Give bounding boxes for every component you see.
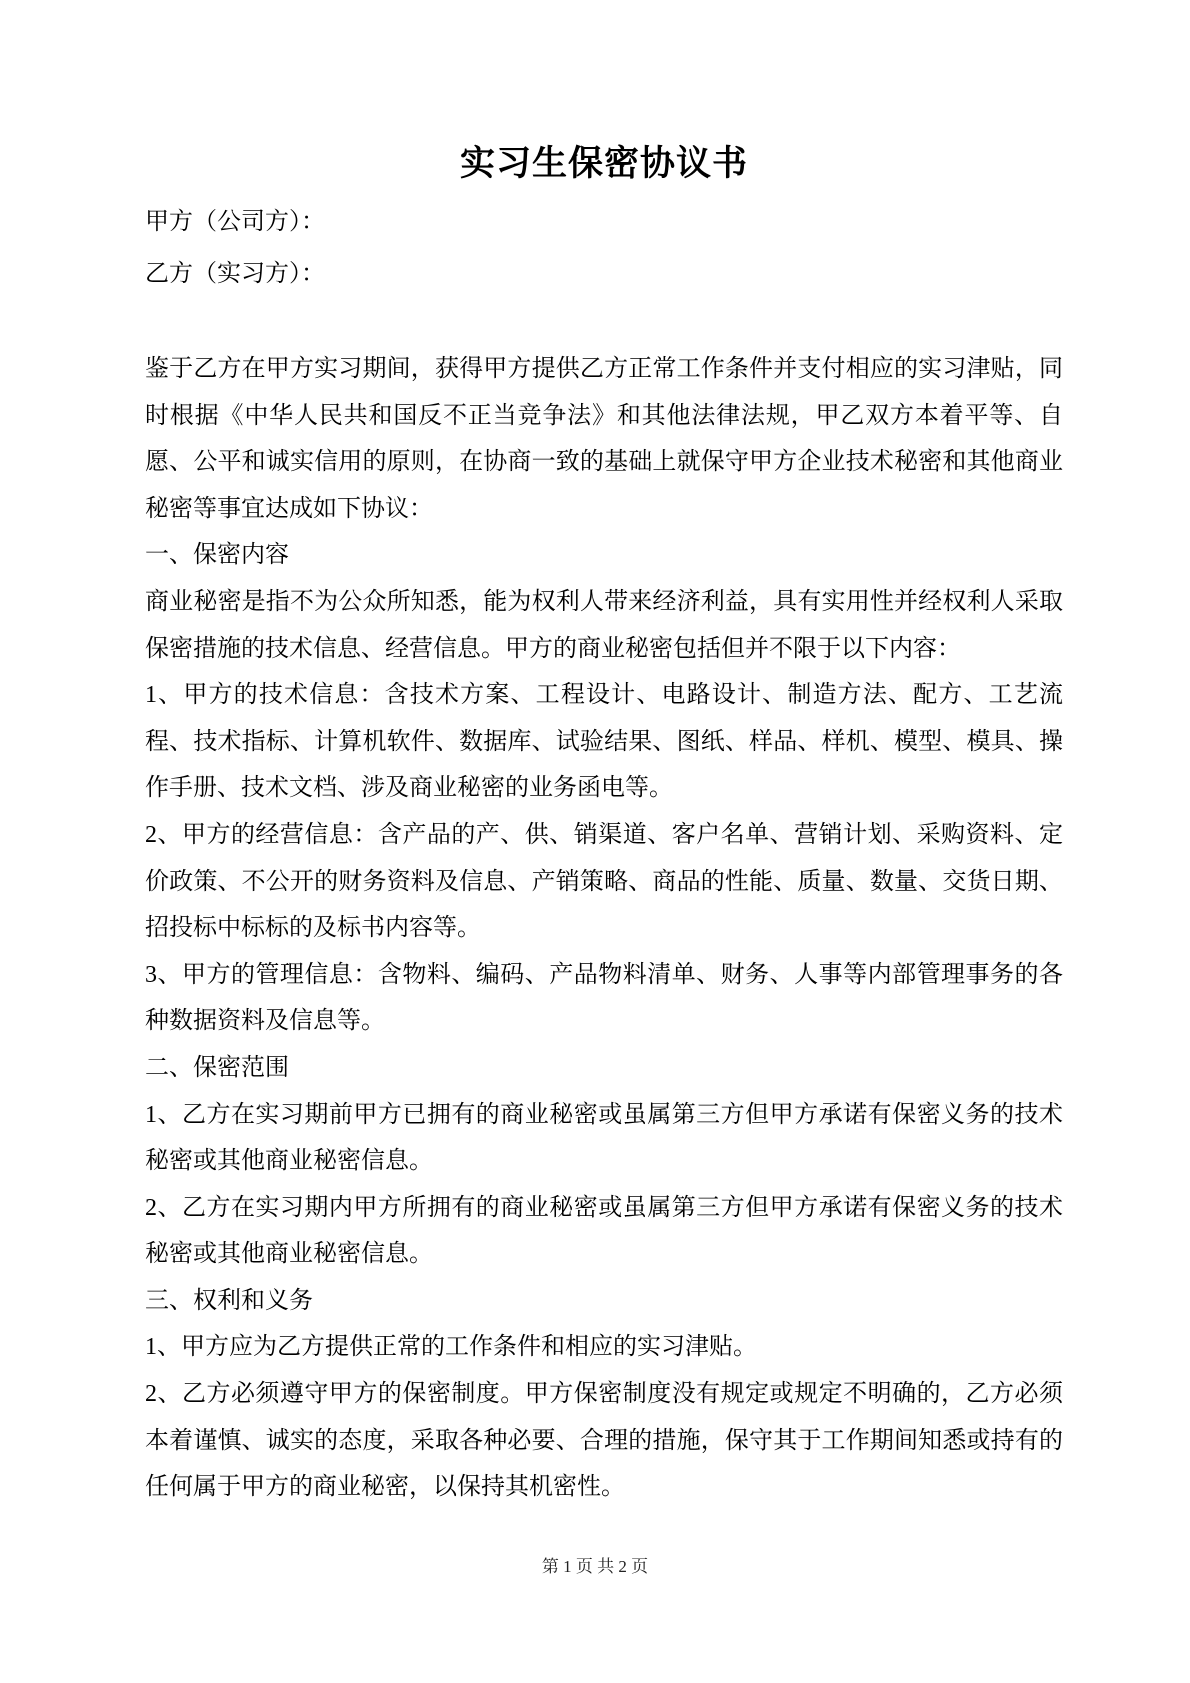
section-1-intro: 商业秘密是指不为公众所知悉，能为权利人带来经济利益，具有实用性并经权利人采取保密…: [145, 579, 1063, 672]
document-content: 实习生保密协议书 甲方（公司方）： 乙方（实习方）： 鉴于乙方在甲方实习期间，获…: [145, 0, 1063, 1511]
document-page: 实习生保密协议书 甲方（公司方）： 乙方（实习方）： 鉴于乙方在甲方实习期间，获…: [0, 0, 1190, 1683]
clause-3-2: 2、乙方必须遵守甲方的保密制度。甲方保密制度没有规定或规定不明确的，乙方必须本着…: [145, 1371, 1063, 1511]
page-number-indicator: 第 1 页 共 2 页: [0, 1556, 1190, 1578]
party-a-label: 甲方（公司方）：: [145, 196, 1063, 248]
agreement-body: 鉴于乙方在甲方实习期间，获得甲方提供乙方正常工作条件并支付相应的实习津贴，同时根…: [145, 346, 1063, 1511]
section-1-heading: 一、保密内容: [145, 532, 1063, 579]
clause-2-1: 1、乙方在实习期前甲方已拥有的商业秘密或虽属第三方但甲方承诺有保密义务的技术秘密…: [145, 1092, 1063, 1185]
party-b-label: 乙方（实习方）：: [145, 248, 1063, 300]
document-title: 实习生保密协议书: [145, 140, 1063, 188]
section-3-heading: 三、权利和义务: [145, 1278, 1063, 1325]
clause-2-2: 2、乙方在实习期内甲方所拥有的商业秘密或虽属第三方但甲方承诺有保密义务的技术秘密…: [145, 1185, 1063, 1278]
clause-1-2: 2、甲方的经营信息：含产品的产、供、销渠道、客户名单、营销计划、采购资料、定价政…: [145, 812, 1063, 952]
preamble-paragraph: 鉴于乙方在甲方实习期间，获得甲方提供乙方正常工作条件并支付相应的实习津贴，同时根…: [145, 346, 1063, 532]
section-2-heading: 二、保密范围: [145, 1045, 1063, 1092]
clause-3-1: 1、甲方应为乙方提供正常的工作条件和相应的实习津贴。: [145, 1324, 1063, 1371]
clause-1-3: 3、甲方的管理信息：含物料、编码、产品物料清单、财务、人事等内部管理事务的各种数…: [145, 952, 1063, 1045]
clause-1-1: 1、甲方的技术信息：含技术方案、工程设计、电路设计、制造方法、配方、工艺流程、技…: [145, 672, 1063, 812]
party-block: 甲方（公司方）： 乙方（实习方）：: [145, 196, 1063, 300]
